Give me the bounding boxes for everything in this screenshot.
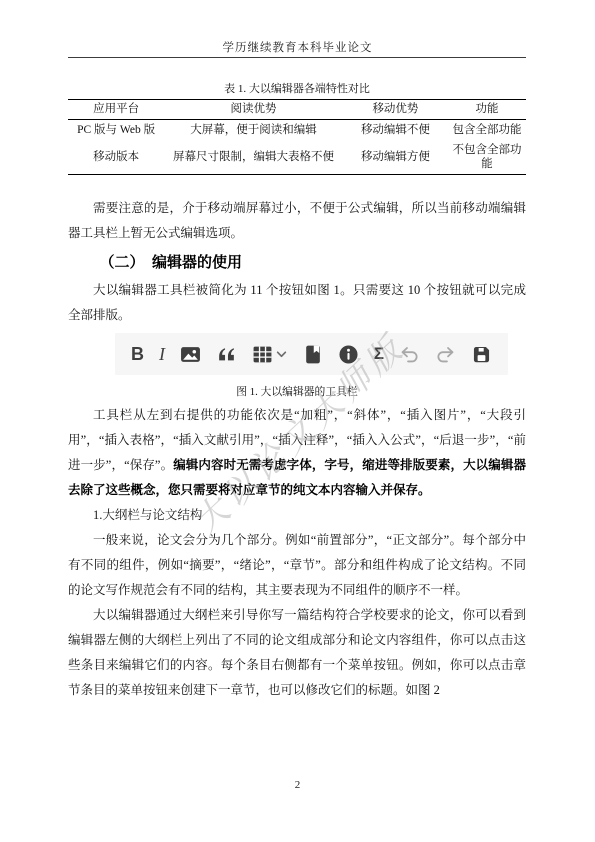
table-header-row: 应用平台 阅读优势 移动优势 功能 (68, 100, 526, 120)
content-column: 表 1. 大以编辑器各端特性对比 应用平台 阅读优势 移动优势 功能 PC 版与… (68, 78, 526, 703)
redo-button[interactable] (435, 342, 456, 366)
insert-table-button[interactable] (252, 342, 287, 366)
chevron-down-icon (276, 349, 287, 360)
quote-icon (216, 344, 237, 365)
bold-button[interactable]: B (131, 342, 144, 366)
redo-icon (435, 344, 456, 365)
save-icon (471, 344, 492, 365)
bookmark-book-icon (302, 344, 323, 365)
table-icon (252, 344, 273, 365)
italic-icon: I (159, 344, 165, 365)
image-icon (180, 344, 201, 365)
document-page: 学历继续教育本科毕业论文 大以论文大师版 表 1. 大以编辑器各端特性对比 应用… (0, 0, 595, 842)
italic-button[interactable]: I (159, 342, 165, 366)
table-cell: 屏幕尺寸限制，编辑大表格不便 (164, 140, 343, 175)
col-header-reading: 阅读优势 (164, 100, 343, 120)
col-header-platform: 应用平台 (68, 100, 164, 120)
figure-caption: 图 1. 大以编辑器的工具栏 (68, 384, 526, 399)
table-row: 移动版本 屏幕尺寸限制，编辑大表格不便 移动编辑方便 不包含全部功能 (68, 140, 526, 175)
insert-note-button[interactable] (338, 342, 359, 366)
comparison-table: 应用平台 阅读优势 移动优势 功能 PC 版与 Web 版 大屏幕，便于阅读和编… (68, 99, 526, 175)
header-rule (68, 57, 526, 58)
page-number: 2 (0, 779, 595, 791)
col-header-features: 功能 (448, 100, 526, 120)
col-header-mobile: 移动优势 (343, 100, 448, 120)
info-icon (338, 344, 359, 365)
sigma-icon: Σ (374, 344, 384, 364)
paragraph-toolbar-intro: 大以编辑器工具栏被简化为 11 个按钮如图 1。只需要这 10 个按钮就可以完成… (68, 278, 526, 328)
table-cell: 不包含全部功能 (448, 140, 526, 175)
table-cell: PC 版与 Web 版 (68, 120, 164, 141)
table-row: PC 版与 Web 版 大屏幕，便于阅读和编辑 移动编辑不便 包含全部功能 (68, 120, 526, 141)
blockquote-button[interactable] (216, 342, 237, 366)
insert-image-button[interactable] (180, 342, 201, 366)
table-cell: 移动编辑方便 (343, 140, 448, 175)
table-cell: 大屏幕，便于阅读和编辑 (164, 120, 343, 141)
insert-formula-button[interactable]: Σ (374, 342, 384, 366)
undo-button[interactable] (399, 342, 420, 366)
undo-icon (399, 344, 420, 365)
paragraph-structure: 一般来说，论文会分为几个部分。例如“前置部分”，“正文部分”。每个部分中有不同的… (68, 528, 526, 603)
paragraph-toolbar-functions: 工具栏从左到右提供的功能依次是“加粗”，“斜体”，“插入图片”，“大段引用”，“… (68, 403, 526, 503)
section-heading: （二） 编辑器的使用 (68, 251, 526, 275)
editor-toolbar: B I (115, 333, 508, 375)
bold-icon: B (131, 344, 144, 365)
table-cell: 移动版本 (68, 140, 164, 175)
table-title: 表 1. 大以编辑器各端特性对比 (68, 80, 526, 96)
table-cell: 移动编辑不便 (343, 120, 448, 141)
list-item-outline: 1.大纲栏与论文结构 (68, 503, 526, 528)
insert-citation-button[interactable] (302, 342, 323, 366)
paragraph-outline-guide: 大以编辑器通过大纲栏来引导你写一篇结构符合学校要求的论文，你可以看到编辑器左侧的… (68, 603, 526, 703)
save-button[interactable] (471, 342, 492, 366)
running-header: 学历继续教育本科毕业论文 (0, 39, 595, 55)
paragraph-note: 需要注意的是，介于移动端屏幕过小，不便于公式编辑，所以当前移动端编辑器工具栏上暂… (68, 196, 526, 246)
table-cell: 包含全部功能 (448, 120, 526, 141)
